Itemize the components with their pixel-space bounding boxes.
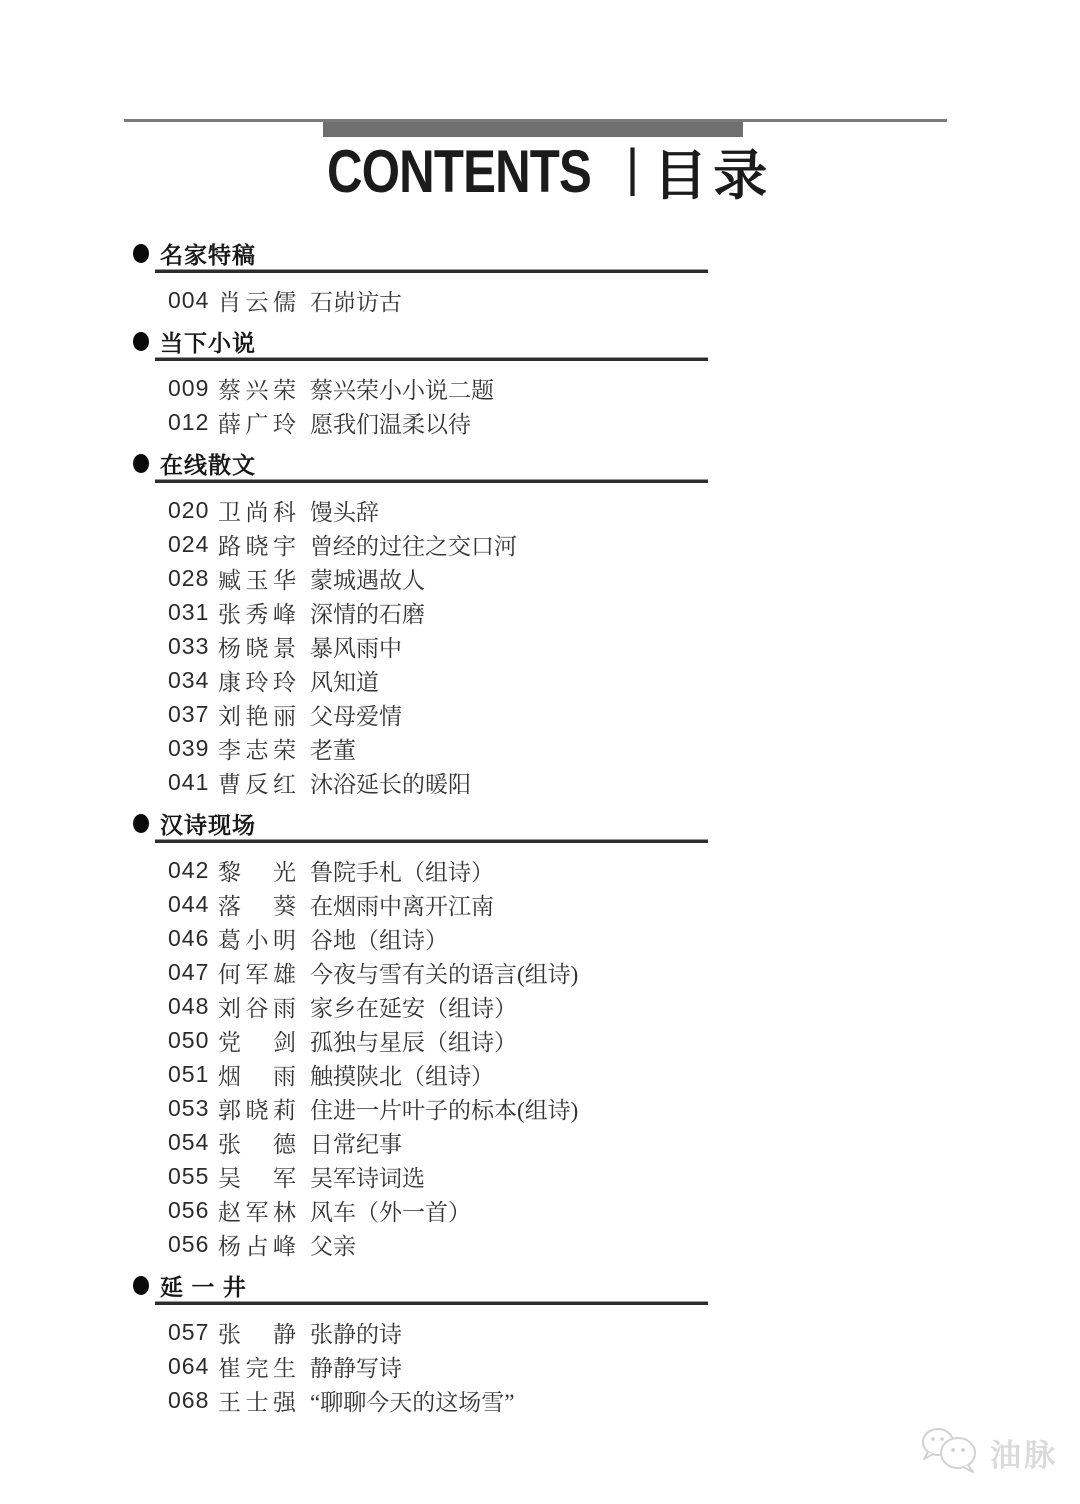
entry-title: 老董 — [310, 732, 356, 765]
entry-list: 057 张 静 张静的诗 064 崔完生 静静写诗 068 王士强 “聊聊今天的… — [133, 1315, 956, 1417]
entry-page-number: 024 — [168, 531, 218, 558]
entry-page-number: 012 — [168, 409, 218, 436]
entry-title: 张静的诗 — [310, 1316, 402, 1349]
entry-page-number: 068 — [168, 1387, 218, 1414]
entry-page-number: 057 — [168, 1319, 218, 1346]
toc-entry-row: 048 刘谷雨 家乡在延安（组诗） — [168, 989, 956, 1023]
toc-entry-row: 044 落 葵 在烟雨中离开江南 — [168, 887, 956, 921]
toc-entry-row: 012 薛广玲 愿我们温柔以待 — [168, 405, 956, 439]
entry-title: 父母爱情 — [310, 698, 402, 731]
toc-entry-row: 068 王士强 “聊聊今天的这场雪” — [168, 1383, 956, 1417]
entry-author: 黎 光 — [218, 854, 296, 887]
entry-title: 今夜与雪有关的语言(组诗) — [310, 956, 578, 989]
entry-title: 住进一片叶子的标本(组诗) — [310, 1092, 578, 1125]
entry-author: 赵军林 — [218, 1194, 296, 1227]
entry-page-number: 056 — [168, 1231, 218, 1258]
page-title: CONTENTS | 目录 — [124, 138, 947, 204]
entry-author: 李志荣 — [218, 732, 296, 765]
entry-page-number: 056 — [168, 1197, 218, 1224]
entry-page-number: 041 — [168, 769, 218, 796]
section-header: 当下小说 — [133, 329, 956, 353]
toc-entry-row: 057 张 静 张静的诗 — [168, 1315, 956, 1349]
entry-page-number: 050 — [168, 1027, 218, 1054]
entry-author: 郭晓莉 — [218, 1092, 296, 1125]
section-title: 名家特稿 — [160, 237, 256, 270]
entry-page-number: 051 — [168, 1061, 218, 1088]
section-underline — [155, 269, 708, 273]
sections: 名家特稿 004 肖云儒 石峁访古 当下小说 009 蔡兴荣 蔡兴荣小小说二题 … — [133, 241, 956, 1429]
toc-entry-row: 056 杨占峰 父亲 — [168, 1227, 956, 1261]
section-header: 在线散文 — [133, 451, 956, 475]
entry-title: 在烟雨中离开江南 — [310, 888, 494, 921]
toc-entry-row: 039 李志荣 老董 — [168, 731, 956, 765]
entry-author: 烟 雨 — [218, 1058, 296, 1091]
entry-author: 葛小明 — [218, 922, 296, 955]
entry-author: 杨晓景 — [218, 630, 296, 663]
entry-author: 康玲玲 — [218, 664, 296, 697]
entry-title: 蔡兴荣小小说二题 — [310, 372, 494, 405]
entry-author: 肖云儒 — [218, 284, 296, 317]
entry-list: 020 卫尚科 馒头辞 024 路晓宇 曾经的过往之交口河 028 臧玉华 蒙城… — [133, 493, 956, 799]
entry-page-number: 053 — [168, 1095, 218, 1122]
entry-page-number: 004 — [168, 287, 218, 314]
section-header: 名家特稿 — [133, 241, 956, 265]
entry-title: 风知道 — [310, 664, 379, 697]
section-underline — [155, 839, 708, 843]
entry-page-number: 044 — [168, 891, 218, 918]
entry-author: 刘艳丽 — [218, 698, 296, 731]
entry-list: 009 蔡兴荣 蔡兴荣小小说二题 012 薛广玲 愿我们温柔以待 — [133, 371, 956, 439]
toc-entry-row: 020 卫尚科 馒头辞 — [168, 493, 956, 527]
toc-entry-row: 046 葛小明 谷地（组诗） — [168, 921, 956, 955]
toc-entry-row: 037 刘艳丽 父母爱情 — [168, 697, 956, 731]
entry-author: 臧玉华 — [218, 562, 296, 595]
toc-entry-row: 031 张秀峰 深情的石磨 — [168, 595, 956, 629]
entry-page-number: 031 — [168, 599, 218, 626]
toc-entry-row: 033 杨晓景 暴风雨中 — [168, 629, 956, 663]
entry-title: 愿我们温柔以待 — [310, 406, 471, 439]
entry-title: 石峁访古 — [310, 284, 402, 317]
entry-page-number: 042 — [168, 857, 218, 884]
entry-page-number: 064 — [168, 1353, 218, 1380]
entry-author: 路晓宇 — [218, 528, 296, 561]
toc-entry-row: 041 曹反红 沐浴延长的暖阳 — [168, 765, 956, 799]
entry-author: 王士强 — [218, 1384, 296, 1417]
entry-list: 042 黎 光 鲁院手札（组诗） 044 落 葵 在烟雨中离开江南 046 葛小… — [133, 853, 956, 1261]
entry-list: 004 肖云儒 石峁访古 — [133, 283, 956, 317]
toc-entry-row: 053 郭晓莉 住进一片叶子的标本(组诗) — [168, 1091, 956, 1125]
toc-entry-row: 064 崔完生 静静写诗 — [168, 1349, 956, 1383]
entry-author: 刘谷雨 — [218, 990, 296, 1023]
entry-author: 落 葵 — [218, 888, 296, 921]
entry-page-number: 039 — [168, 735, 218, 762]
toc-entry-row: 056 赵军林 风车（外一首） — [168, 1193, 956, 1227]
entry-title: 静静写诗 — [310, 1350, 402, 1383]
entry-title: 日常纪事 — [310, 1126, 402, 1159]
entry-title: 沐浴延长的暖阳 — [310, 766, 471, 799]
entry-page-number: 009 — [168, 375, 218, 402]
entry-page-number: 028 — [168, 565, 218, 592]
entry-author: 吴 军 — [218, 1160, 296, 1193]
bullet-icon — [133, 454, 149, 473]
bullet-icon — [133, 244, 149, 263]
entry-author: 党 剑 — [218, 1024, 296, 1057]
toc-entry-row: 050 党 剑 孤独与星辰（组诗） — [168, 1023, 956, 1057]
watermark-label: 油脉 — [990, 1430, 1058, 1475]
entry-author: 张 静 — [218, 1316, 296, 1349]
bullet-icon — [133, 332, 149, 351]
entry-author: 张秀峰 — [218, 596, 296, 629]
title-separator: | — [620, 138, 654, 198]
entry-title: “聊聊今天的这场雪” — [310, 1384, 514, 1417]
entry-title: 父亲 — [310, 1228, 356, 1261]
section-underline — [155, 357, 708, 361]
toc-entry-row: 024 路晓宇 曾经的过往之交口河 — [168, 527, 956, 561]
entry-title: 家乡在延安（组诗） — [310, 990, 517, 1023]
entry-author: 杨占峰 — [218, 1228, 296, 1261]
toc-entry-row: 051 烟 雨 触摸陕北（组诗） — [168, 1057, 956, 1091]
bullet-icon — [133, 814, 149, 833]
entry-title: 谷地（组诗） — [310, 922, 448, 955]
entry-page-number: 037 — [168, 701, 218, 728]
entry-page-number: 047 — [168, 959, 218, 986]
entry-author: 张 德 — [218, 1126, 296, 1159]
wechat-icon — [916, 1425, 982, 1480]
entry-title: 孤独与星辰（组诗） — [310, 1024, 517, 1057]
toc-entry-row: 042 黎 光 鲁院手札（组诗） — [168, 853, 956, 887]
toc-entry-row: 054 张 德 日常纪事 — [168, 1125, 956, 1159]
entry-page-number: 033 — [168, 633, 218, 660]
toc-section: 当下小说 009 蔡兴荣 蔡兴荣小小说二题 012 薛广玲 愿我们温柔以待 — [133, 329, 956, 439]
toc-entry-row: 004 肖云儒 石峁访古 — [168, 283, 956, 317]
entry-title: 曾经的过往之交口河 — [310, 528, 517, 561]
section-header: 汉诗现场 — [133, 811, 956, 835]
toc-entry-row: 047 何军雄 今夜与雪有关的语言(组诗) — [168, 955, 956, 989]
entry-title: 深情的石磨 — [310, 596, 425, 629]
entry-title: 风车（外一首） — [310, 1194, 471, 1227]
entry-title: 暴风雨中 — [310, 630, 402, 663]
toc-section: 在线散文 020 卫尚科 馒头辞 024 路晓宇 曾经的过往之交口河 028 臧… — [133, 451, 956, 799]
toc-section: 延 一 井 057 张 静 张静的诗 064 崔完生 静静写诗 068 王士强 … — [133, 1273, 956, 1417]
entry-page-number: 054 — [168, 1129, 218, 1156]
section-underline — [155, 1301, 708, 1305]
entry-author: 何军雄 — [218, 956, 296, 989]
toc-entry-row: 009 蔡兴荣 蔡兴荣小小说二题 — [168, 371, 956, 405]
section-title: 在线散文 — [160, 447, 256, 480]
entry-author: 薛广玲 — [218, 406, 296, 439]
section-title: 延 一 井 — [160, 1269, 247, 1302]
entry-page-number: 034 — [168, 667, 218, 694]
entry-page-number: 055 — [168, 1163, 218, 1190]
entry-author: 卫尚科 — [218, 494, 296, 527]
entry-page-number: 020 — [168, 497, 218, 524]
toc-entry-row: 055 吴 军 吴军诗词选 — [168, 1159, 956, 1193]
toc-entry-row: 028 臧玉华 蒙城遇故人 — [168, 561, 956, 595]
toc-section: 名家特稿 004 肖云儒 石峁访古 — [133, 241, 956, 317]
entry-author: 曹反红 — [218, 766, 296, 799]
bullet-icon — [133, 1276, 149, 1295]
entry-title: 触摸陕北（组诗） — [310, 1058, 494, 1091]
section-header: 延 一 井 — [133, 1273, 956, 1297]
toc-section: 汉诗现场 042 黎 光 鲁院手札（组诗） 044 落 葵 在烟雨中离开江南 0… — [133, 811, 956, 1261]
entry-title: 鲁院手札（组诗） — [310, 854, 494, 887]
toc-entry-row: 034 康玲玲 风知道 — [168, 663, 956, 697]
entry-title: 吴军诗词选 — [310, 1160, 425, 1193]
entry-author: 崔完生 — [218, 1350, 296, 1383]
section-underline — [155, 479, 708, 483]
entry-title: 馒头辞 — [310, 494, 379, 527]
section-title: 当下小说 — [160, 325, 256, 358]
entry-page-number: 046 — [168, 925, 218, 952]
entry-title: 蒙城遇故人 — [310, 562, 425, 595]
entry-author: 蔡兴荣 — [218, 372, 296, 405]
page-title-en: CONTENTS — [327, 137, 591, 206]
section-title: 汉诗现场 — [160, 807, 256, 840]
watermark: 油脉 — [916, 1425, 1058, 1480]
entry-page-number: 048 — [168, 993, 218, 1020]
page-title-zh: 目录 — [653, 133, 773, 210]
